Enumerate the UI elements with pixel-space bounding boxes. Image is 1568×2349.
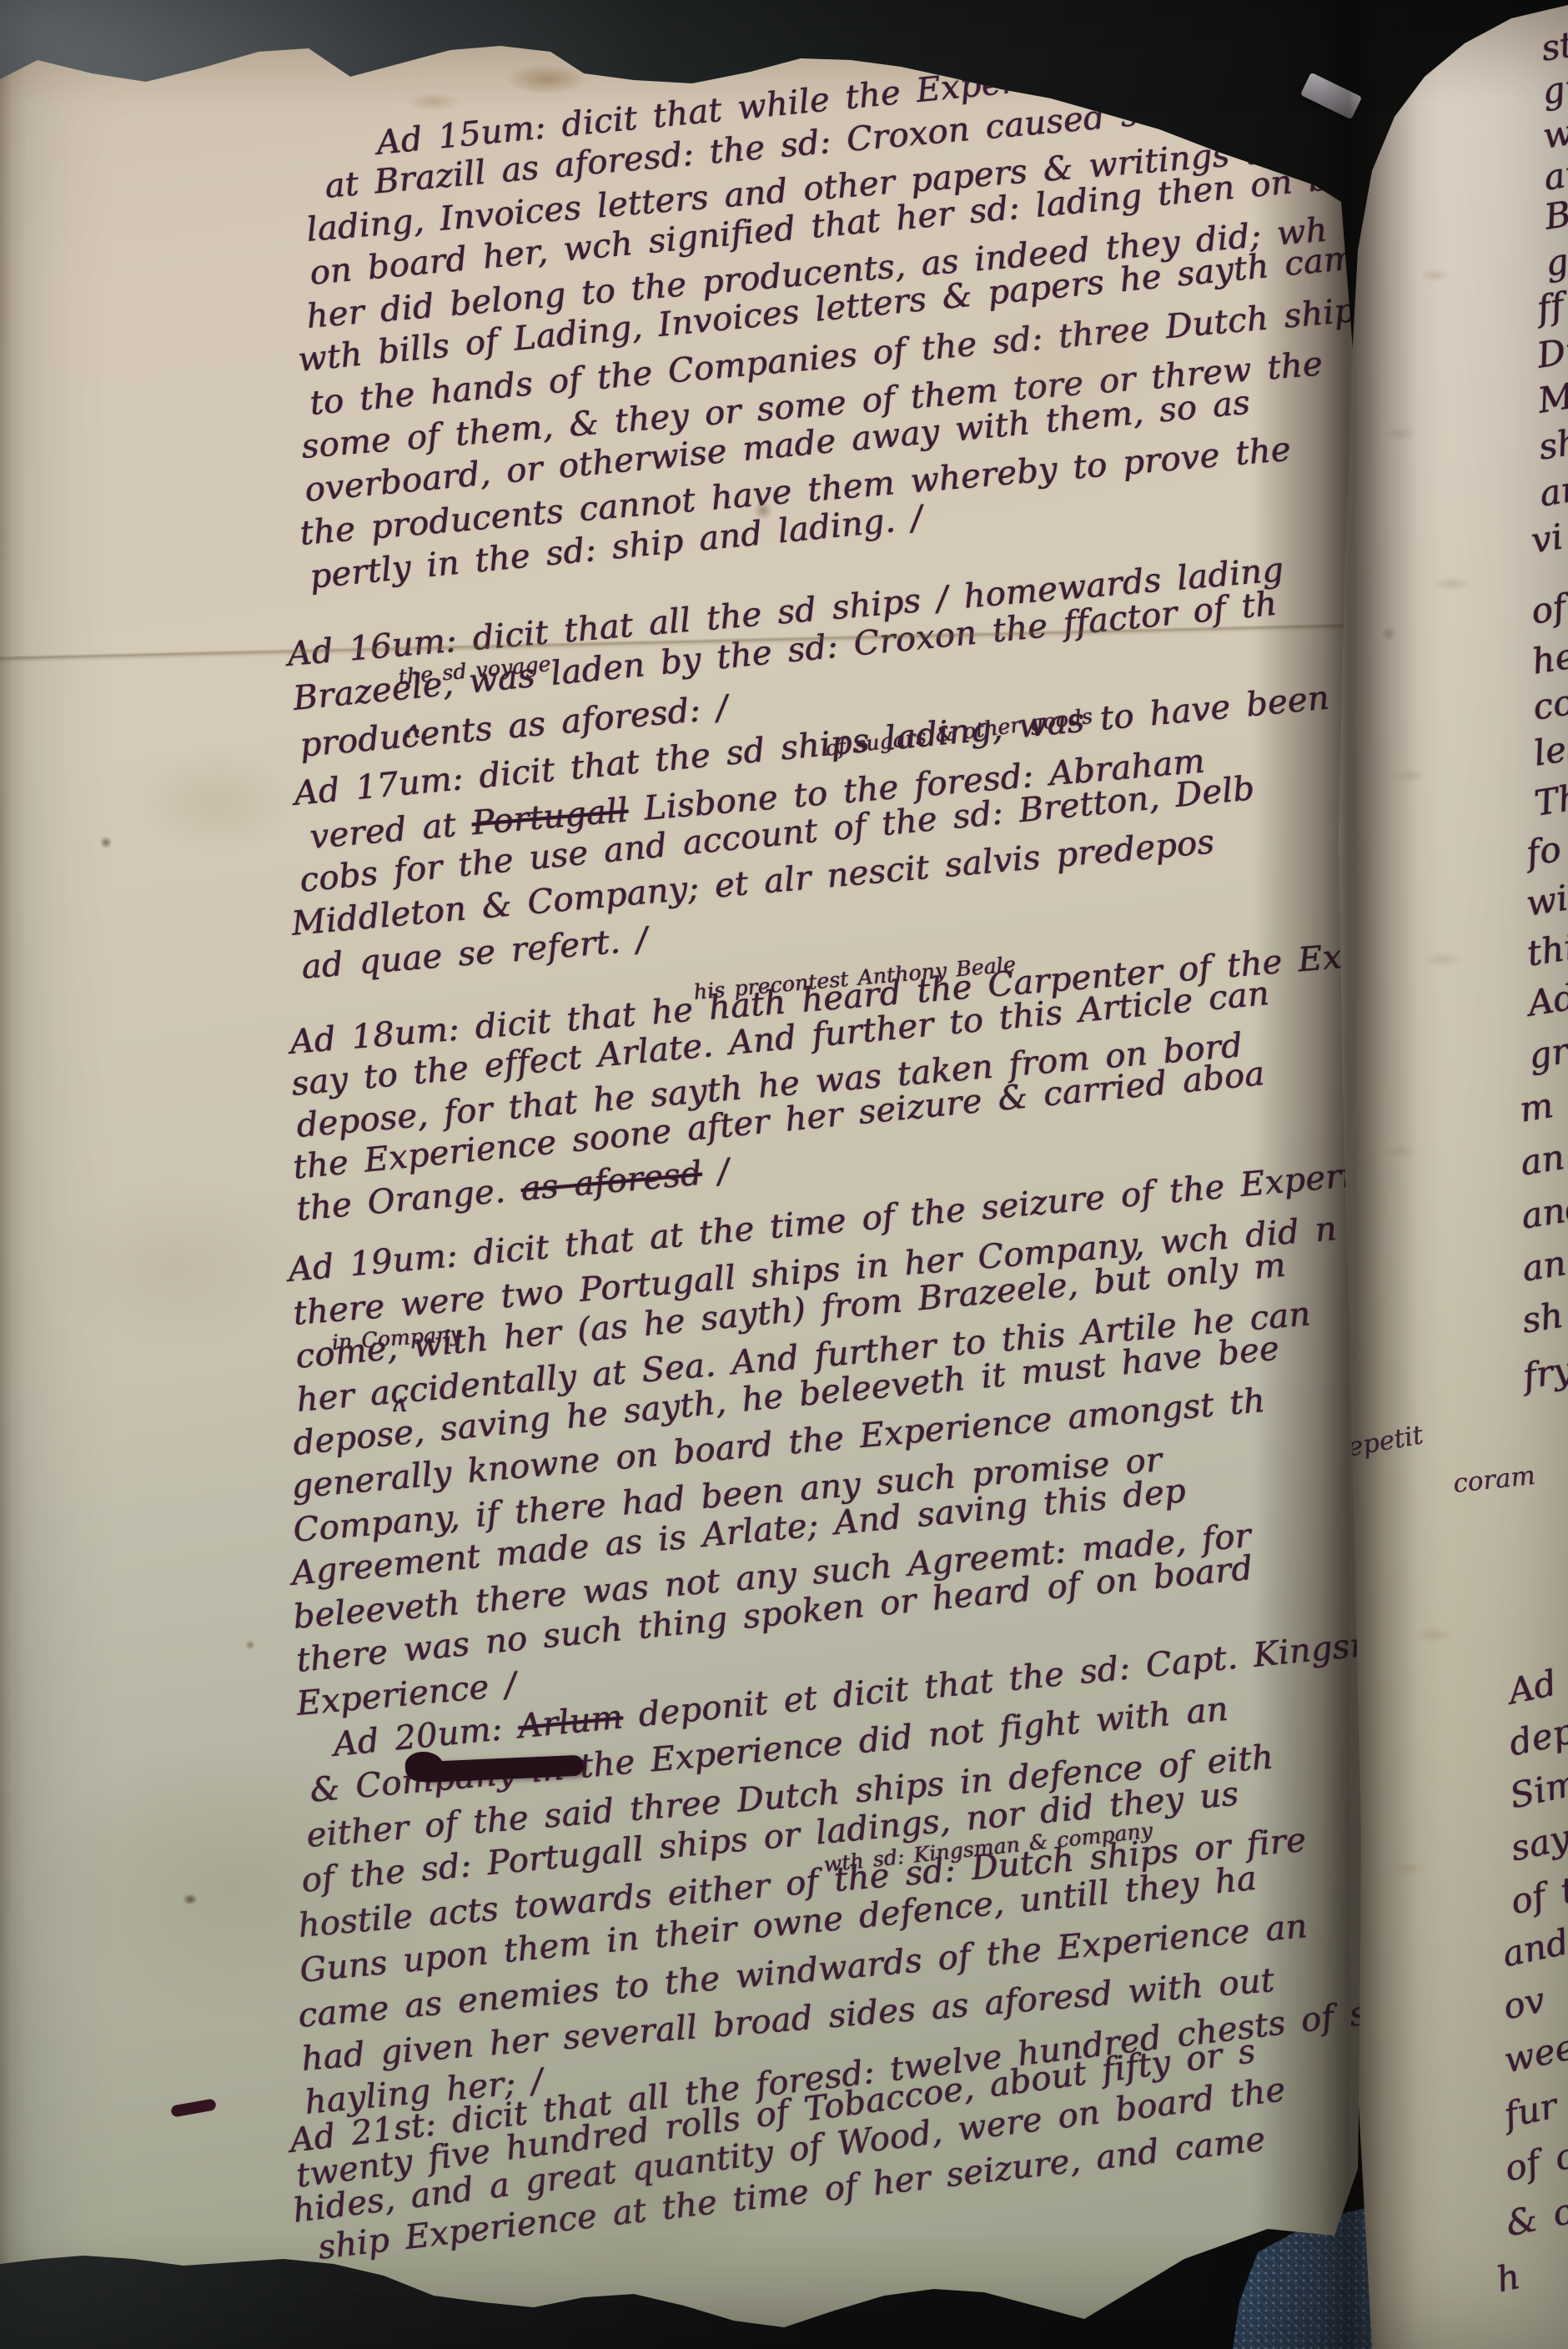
right-page-line-fragment-1: st [1538, 25, 1568, 68]
right-page-line-fragment-30: dep [1505, 1712, 1568, 1763]
right-page-line-fragment-10: sh [1536, 423, 1568, 467]
right-page-line-fragment-38: of c [1501, 2136, 1568, 2189]
margin-note-coram: coram [1451, 1461, 1536, 1499]
ink-blot-small [170, 2098, 217, 2117]
manuscript-photo: { "manuscript": { "left_page": { "paragr… [0, 0, 1568, 2349]
right-page-line-fragment-9: M [1535, 377, 1568, 420]
right-page-line-fragment-37: fur [1500, 2086, 1560, 2135]
right-page-line-fragment-27: sh [1520, 1296, 1566, 1340]
right-page-line-fragment-14: he [1530, 636, 1568, 682]
right-page-line-fragment-31: Simo [1506, 1759, 1568, 1816]
right-page-line-fragment-19: wi [1524, 879, 1568, 923]
right-page-line-fragment-28: fry [1520, 1351, 1568, 1396]
right-page-line-fragment-8: Dr [1535, 330, 1568, 375]
right-page-line-fragment-22: gr [1525, 1032, 1568, 1076]
insertion-caret-2: ʌ [392, 1385, 406, 1423]
right-page-line-fragment-35: ov [1500, 1980, 1548, 2026]
left-page: Ad 15um: dicit that while the Experience… [0, 0, 1375, 2349]
right-page-line-fragment-4: an [1540, 153, 1568, 198]
right-page-line-fragment-34: and [1499, 1923, 1568, 1974]
right-page-line-fragment-6: go [1542, 239, 1568, 284]
right-page-line-fragment-3: w [1540, 113, 1568, 156]
right-page-line-fragment-21: Ad [1525, 978, 1568, 1023]
right-page-line-fragment-17: Th [1531, 778, 1568, 823]
right-page-line-fragment-13: of [1529, 588, 1568, 631]
right-page-line-fragment-40: h [1494, 2257, 1524, 2300]
right-page-line-fragment-18: fo [1523, 830, 1563, 873]
right-page-line-fragment-5: By [1541, 192, 1568, 237]
right-page-line-fragment-26: an [1519, 1244, 1568, 1289]
right-page-line-fragment-25: and [1518, 1188, 1568, 1236]
right-page-line-fragment-20: thi [1525, 928, 1568, 973]
right-page-line-fragment-23: m [1517, 1086, 1556, 1129]
right-page-line-fragment-29: Ad [1505, 1664, 1560, 1712]
right-page-line-fragment-16: les [1531, 727, 1568, 773]
right-page-line-fragment-7: ff [1534, 286, 1566, 328]
right-page-line-fragment-36: wee [1500, 2028, 1568, 2080]
right-page-line-fragment-12: vi [1529, 517, 1565, 560]
right-page-line-fragment-33: of th [1508, 1866, 1568, 1922]
right-page-line-fragment-24: an [1518, 1138, 1567, 1183]
right-page-line-fragment-11: an [1537, 469, 1568, 514]
right-page-line-fragment-15: co [1530, 683, 1568, 727]
right-page-line-fragment-39: & ol [1502, 2190, 1568, 2244]
right-page-line-fragment-32: sayt [1507, 1815, 1568, 1868]
right-page-line-fragment-2: gr [1539, 68, 1568, 112]
insertion-caret-1: ʌ [405, 711, 420, 749]
